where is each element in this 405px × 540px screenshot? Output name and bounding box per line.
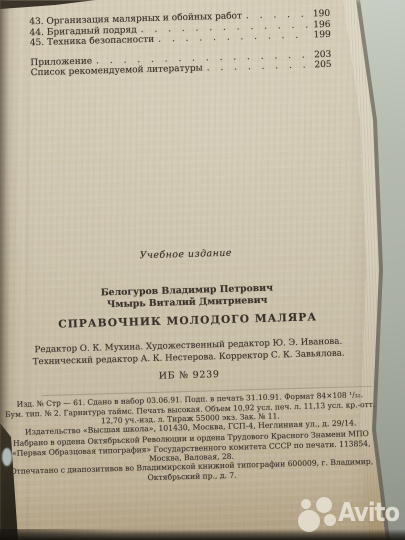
- toc-dot-leader: . . . . . . . . . . . . . . . . . . . .: [203, 61, 310, 75]
- authors-block: Белогуров Владимир Петрович Чмырь Витали…: [1, 280, 374, 315]
- toc-page-number: 199: [309, 30, 331, 41]
- editors-block: Редактор О. К. Мухина. Художественный ре…: [2, 336, 375, 370]
- book-title: СПРАВОЧНИК МОЛОДОГО МАЛЯРА: [2, 310, 374, 332]
- toc-entry-label: 45. Техника безопасности: [30, 35, 155, 49]
- table-of-contents: 43. Организация малярных и обойных работ…: [29, 9, 332, 79]
- edition-note: Учебное издание: [0, 244, 372, 265]
- book-photo: 43. Организация малярных и обойных работ…: [0, 0, 405, 540]
- reflection-spot: [2, 448, 12, 466]
- photo-bottom-edge: [0, 529, 405, 540]
- toc-page-number: 190: [308, 9, 330, 20]
- toc-page-number: 205: [309, 60, 331, 71]
- page-content: 43. Организация малярных и обойных работ…: [0, 0, 405, 540]
